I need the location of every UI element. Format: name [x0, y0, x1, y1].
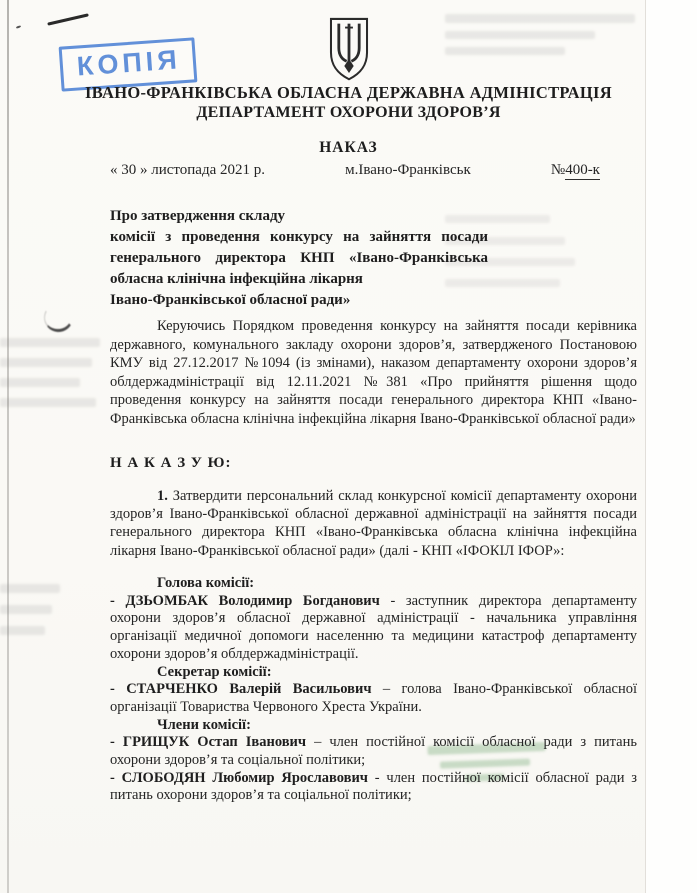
subject-line: генерального директора КНП «Івано-Франкі…	[110, 248, 488, 269]
person-name: - СТАРЧЕНКО Валерій Васильович	[110, 681, 372, 697]
issue-place: м.Івано-Франківськ	[345, 162, 471, 179]
commission-secretary-label: Секретар комісії:	[110, 664, 637, 682]
person-name: - ГРИЩУК Остап Іванович	[110, 734, 306, 750]
bleedthrough-smudge	[0, 584, 66, 635]
commission-member-entry: - ГРИЩУК Остап Іванович – член постійної…	[110, 734, 637, 769]
person-name: - СЛОБОДЯН Любомир Ярославович	[110, 770, 368, 786]
commission-secretary-entry: - СТАРЧЕНКО Валерій Васильович – голова …	[110, 681, 637, 716]
copy-stamp-label: КОПІЯ	[76, 44, 182, 81]
doc-number: №400-к	[551, 162, 600, 179]
commission-head-entry: - ДЗЬОМБАК Володимир Богданович - заступ…	[110, 593, 637, 664]
order-item-1: 1. Затвердити персональний склад конкурс…	[110, 487, 637, 560]
pen-dot-mark	[16, 25, 21, 29]
subject-line: Про затвердження складу	[110, 206, 488, 227]
org-name-line1: ІВАНО-ФРАНКІВСЬКА ОБЛАСНА ДЕРЖАВНА АДМІН…	[0, 83, 697, 103]
scan-edge-line	[7, 0, 9, 893]
doc-meta-row: « 30 » листопада 2021 р. м.Івано-Франків…	[110, 162, 600, 179]
doc-type-title: НАКАЗ	[0, 139, 697, 157]
subject-line: комісії з проведення конкурсу на зайнятт…	[110, 227, 488, 248]
bleedthrough-smudge	[445, 14, 645, 55]
order-heading: Н А К А З У Ю:	[110, 455, 232, 472]
subject-block: Про затвердження складу комісії з провед…	[110, 206, 488, 311]
ukraine-coat-of-arms-icon	[325, 12, 372, 92]
item-text: Затвердити персональний склад конкурсної…	[110, 488, 637, 559]
commission-members-label: Члени комісії:	[110, 717, 637, 735]
bleedthrough-smudge	[0, 338, 105, 407]
pen-mark	[47, 13, 89, 25]
commission-member-entry: - СЛОБОДЯН Любомир Ярославович - член по…	[110, 770, 637, 805]
number-sign: №	[551, 162, 565, 178]
number-value: 400-к	[565, 162, 600, 180]
scanned-order-document: КОПІЯ ІВАНО-ФРАНКІВСЬКА ОБЛАСНА ДЕРЖАВНА…	[0, 0, 697, 893]
subject-line: обласна клінічна інфекційна лікарня	[110, 269, 488, 290]
person-name: - ДЗЬОМБАК Володимир Богданович	[110, 593, 380, 609]
crescent-scan-mark	[42, 301, 75, 334]
commission-list: Голова комісії: - ДЗЬОМБАК Володимир Бог…	[110, 575, 637, 805]
org-name-line2: ДЕПАРТАМЕНТ ОХОРОНИ ЗДОРОВ’Я	[0, 104, 697, 122]
scanner-background-strip	[645, 0, 697, 893]
subject-line: Івано-Франківської обласної ради»	[110, 290, 488, 311]
issue-date: « 30 » листопада 2021 р.	[110, 162, 265, 179]
item-number: 1.	[157, 488, 168, 504]
preamble-paragraph: Керуючись Порядком проведення конкурсу н…	[110, 317, 637, 429]
commission-head-label: Голова комісії:	[110, 575, 637, 593]
